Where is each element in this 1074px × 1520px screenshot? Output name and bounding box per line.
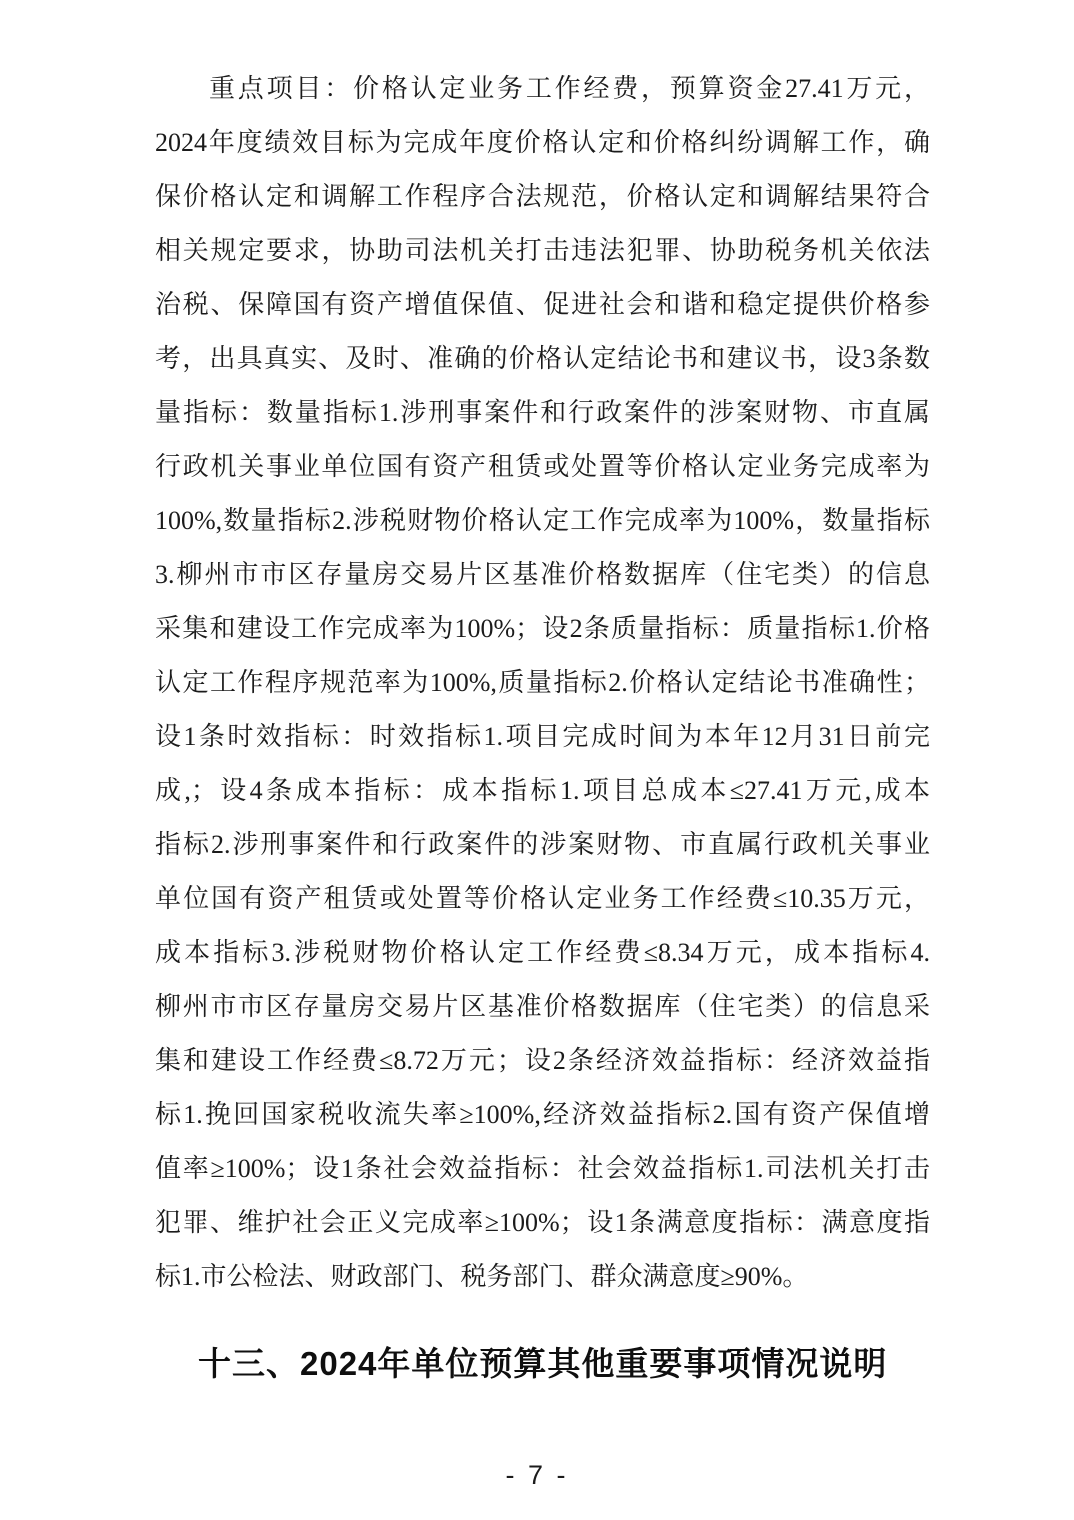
paragraph-line: 100%,数量指标2.涉税财物价格认定工作完成率为100%，数量指标	[155, 494, 930, 548]
section-heading: 十三、2024年单位预算其他重要事项情况说明	[198, 1338, 887, 1385]
paragraph-line: 考，出具真实、及时、准确的价格认定结论书和建议书，设3条数	[155, 332, 930, 386]
paragraph-line: 指标2.涉刑事案件和行政案件的涉案财物、市直属行政机关事业	[155, 818, 930, 872]
paragraph-line: 标1.市公检法、财政部门、税务部门、群众满意度≥90%。	[155, 1250, 930, 1304]
paragraph-line: 2024年度绩效目标为完成年度价格认定和价格纠纷调解工作，确	[155, 116, 930, 170]
paragraph-line: 设1条时效指标：时效指标1.项目完成时间为本年12月31日前完	[155, 710, 930, 764]
paragraph-line: 3.柳州市市区存量房交易片区基准价格数据库（住宅类）的信息	[155, 548, 930, 602]
paragraph-line: 单位国有资产租赁或处置等价格认定业务工作经费≤10.35万元，	[155, 872, 930, 926]
paragraph-line: 犯罪、维护社会正义完成率≥100%；设1条满意度指标：满意度指	[155, 1196, 930, 1250]
paragraph-line: 相关规定要求，协助司法机关打击违法犯罪、协助税务机关依法	[155, 224, 930, 278]
paragraph-line: 集和建设工作经费≤8.72万元；设2条经济效益指标：经济效益指	[155, 1034, 930, 1088]
paragraph-line: 值率≥100%；设1条社会效益指标：社会效益指标1.司法机关打击	[155, 1142, 930, 1196]
paragraph-line: 成本指标3.涉税财物价格认定工作经费≤8.34万元，成本指标4.	[155, 926, 930, 980]
paragraph-line: 重点项目：价格认定业务工作经费，预算资金27.41万元，	[155, 62, 930, 116]
document-page: 重点项目：价格认定业务工作经费，预算资金27.41万元， 2024年度绩效目标为…	[0, 0, 1074, 1520]
key-project-paragraph: 重点项目：价格认定业务工作经费，预算资金27.41万元， 2024年度绩效目标为…	[155, 62, 930, 1304]
paragraph-line: 保价格认定和调解工作程序合法规范，价格认定和调解结果符合	[155, 170, 930, 224]
paragraph-line: 柳州市市区存量房交易片区基准价格数据库（住宅类）的信息采	[155, 980, 930, 1034]
paragraph-line: 治税、保障国有资产增值保值、促进社会和谐和稳定提供价格参	[155, 278, 930, 332]
paragraph-line: 行政机关事业单位国有资产租赁或处置等价格认定业务完成率为	[155, 440, 930, 494]
page-number: - 7 -	[0, 1460, 1074, 1491]
paragraph-line: 量指标：数量指标1.涉刑事案件和行政案件的涉案财物、市直属	[155, 386, 930, 440]
paragraph-line: 成,；设4条成本指标：成本指标1.项目总成本≤27.41万元,成本	[155, 764, 930, 818]
paragraph-line: 采集和建设工作完成率为100%；设2条质量指标：质量指标1.价格	[155, 602, 930, 656]
paragraph-line: 标1.挽回国家税收流失率≥100%,经济效益指标2.国有资产保值增	[155, 1088, 930, 1142]
paragraph-line: 认定工作程序规范率为100%,质量指标2.价格认定结论书准确性；	[155, 656, 930, 710]
